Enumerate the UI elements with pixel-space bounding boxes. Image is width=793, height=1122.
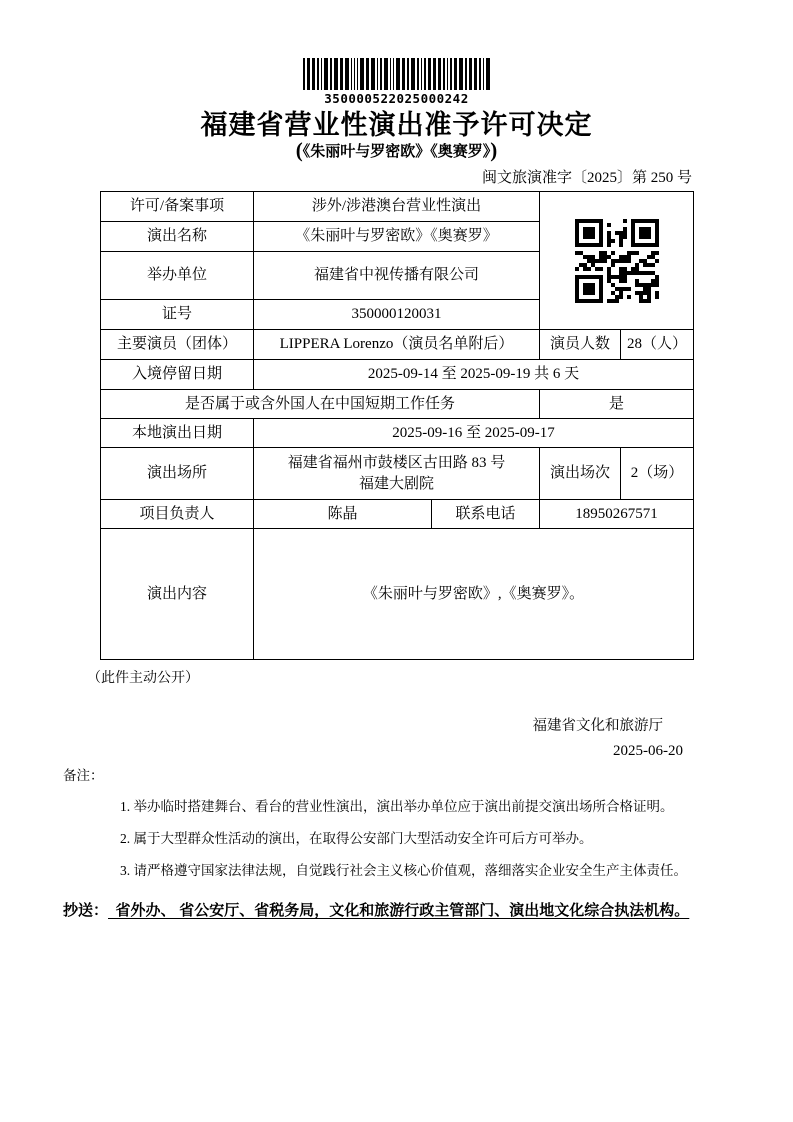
table-row: 许可/备案事项 涉外/涉港澳台营业性演出 [101, 192, 694, 222]
show-count-label: 演出场次 [540, 448, 621, 500]
performer-count-label: 演员人数 [540, 330, 621, 360]
qr-code-icon [575, 219, 659, 303]
table-row: 演出场所 福建省福州市鼓楼区古田路 83 号 福建大剧院 演出场次 2（场） [101, 448, 694, 500]
cc-label: 抄送： [63, 903, 108, 919]
local-performance-dates-value: 2025-09-16 至 2025-09-17 [254, 419, 694, 448]
performance-content-value: 《朱丽叶与罗密欧》,《奥赛罗》。 [254, 529, 694, 660]
contact-phone-value: 18950267571 [540, 500, 694, 529]
license-item-value: 涉外/涉港澳台营业性演出 [254, 192, 540, 222]
main-performers-label: 主要演员（团体） [101, 330, 254, 360]
issuer-date: 2025-06-20 [613, 743, 683, 760]
subtitle-open-paren: ( [296, 138, 303, 162]
performance-name-value: 《朱丽叶与罗密欧》《奥赛罗》 [254, 222, 540, 252]
remark-item-2: 2. 属于大型群众性活动的演出，在取得公安部门大型活动安全许可后方可举办。 [63, 830, 753, 848]
project-manager-label: 项目负责人 [101, 500, 254, 529]
project-manager-value: 陈晶 [254, 500, 432, 529]
show-count-value: 2（场） [621, 448, 694, 500]
performance-content-label: 演出内容 [101, 529, 254, 660]
barcode-block: 350000522025000242 [0, 58, 793, 106]
venue-address-line1: 福建省福州市鼓楼区古田路 83 号 [256, 453, 537, 473]
permit-document-page: 350000522025000242 福建省营业性演出准予许可决定 (《朱丽叶与… [0, 0, 793, 1122]
cc-value: 省外办、 省公安厅、省税务局，文化和旅游行政主管部门、演出地文化综合执法机构。 [108, 903, 689, 919]
main-performers-value: LIPPERA Lorenzo（演员名单附后） [254, 330, 540, 360]
document-subtitle: (《朱丽叶与罗密欧》《奥赛罗》) [0, 137, 793, 162]
table-row: 项目负责人 陈晶 联系电话 18950267571 [101, 500, 694, 529]
barcode-icon [287, 58, 507, 90]
venue-address-line2: 福建大剧院 [256, 474, 537, 494]
venue-label: 演出场所 [101, 448, 254, 500]
disclosure-note: （此件主动公开） [87, 667, 199, 687]
foreign-short-term-work-label: 是否属于或含外国人在中国短期工作任务 [101, 390, 540, 419]
certificate-no-label: 证号 [101, 300, 254, 330]
organizer-value: 福建省中视传播有限公司 [254, 252, 540, 300]
issuer-name: 福建省文化和旅游厅 [533, 714, 664, 735]
permit-table: 许可/备案事项 涉外/涉港澳台营业性演出 演出名称 《朱丽叶与罗密欧》《奥赛罗》… [100, 191, 694, 660]
certificate-no-value: 350000120031 [254, 300, 540, 330]
table-row: 是否属于或含外国人在中国短期工作任务 是 [101, 390, 694, 419]
performer-count-value: 28（人） [621, 330, 694, 360]
document-number: 闽文旅演准字〔2025〕第 250 号 [482, 166, 692, 187]
remark-item-3: 3. 请严格遵守国家法律法规，自觉践行社会主义核心价值观，落细落实企业安全生产主… [63, 862, 753, 880]
license-item-label: 许可/备案事项 [101, 192, 254, 222]
entry-stay-dates-label: 入境停留日期 [101, 360, 254, 390]
remarks-section: 备注： 1. 举办临时搭建舞台、看台的营业性演出，演出举办单位应于演出前提交演出… [63, 764, 753, 881]
qr-cell [540, 192, 694, 330]
cc-section: 抄送： 省外办、 省公安厅、省税务局，文化和旅游行政主管部门、演出地文化综合执法… [63, 896, 719, 927]
table-row: 主要演员（团体） LIPPERA Lorenzo（演员名单附后） 演员人数 28… [101, 330, 694, 360]
foreign-short-term-work-value: 是 [540, 390, 694, 419]
organizer-label: 举办单位 [101, 252, 254, 300]
performance-name-label: 演出名称 [101, 222, 254, 252]
table-row: 本地演出日期 2025-09-16 至 2025-09-17 [101, 419, 694, 448]
subtitle-close-paren: ) [490, 138, 497, 162]
remark-item-1: 1. 举办临时搭建舞台、看台的营业性演出，演出举办单位应于演出前提交演出场所合格… [63, 798, 753, 816]
subtitle-text: 《朱丽叶与罗密欧》《奥赛罗》 [303, 144, 491, 160]
local-performance-dates-label: 本地演出日期 [101, 419, 254, 448]
table-row: 演出内容 《朱丽叶与罗密欧》,《奥赛罗》。 [101, 529, 694, 660]
contact-phone-label: 联系电话 [432, 500, 540, 529]
table-row: 入境停留日期 2025-09-14 至 2025-09-19 共 6 天 [101, 360, 694, 390]
entry-stay-dates-value: 2025-09-14 至 2025-09-19 共 6 天 [254, 360, 694, 390]
venue-value: 福建省福州市鼓楼区古田路 83 号 福建大剧院 [254, 448, 540, 500]
remarks-label: 备注： [63, 764, 753, 784]
